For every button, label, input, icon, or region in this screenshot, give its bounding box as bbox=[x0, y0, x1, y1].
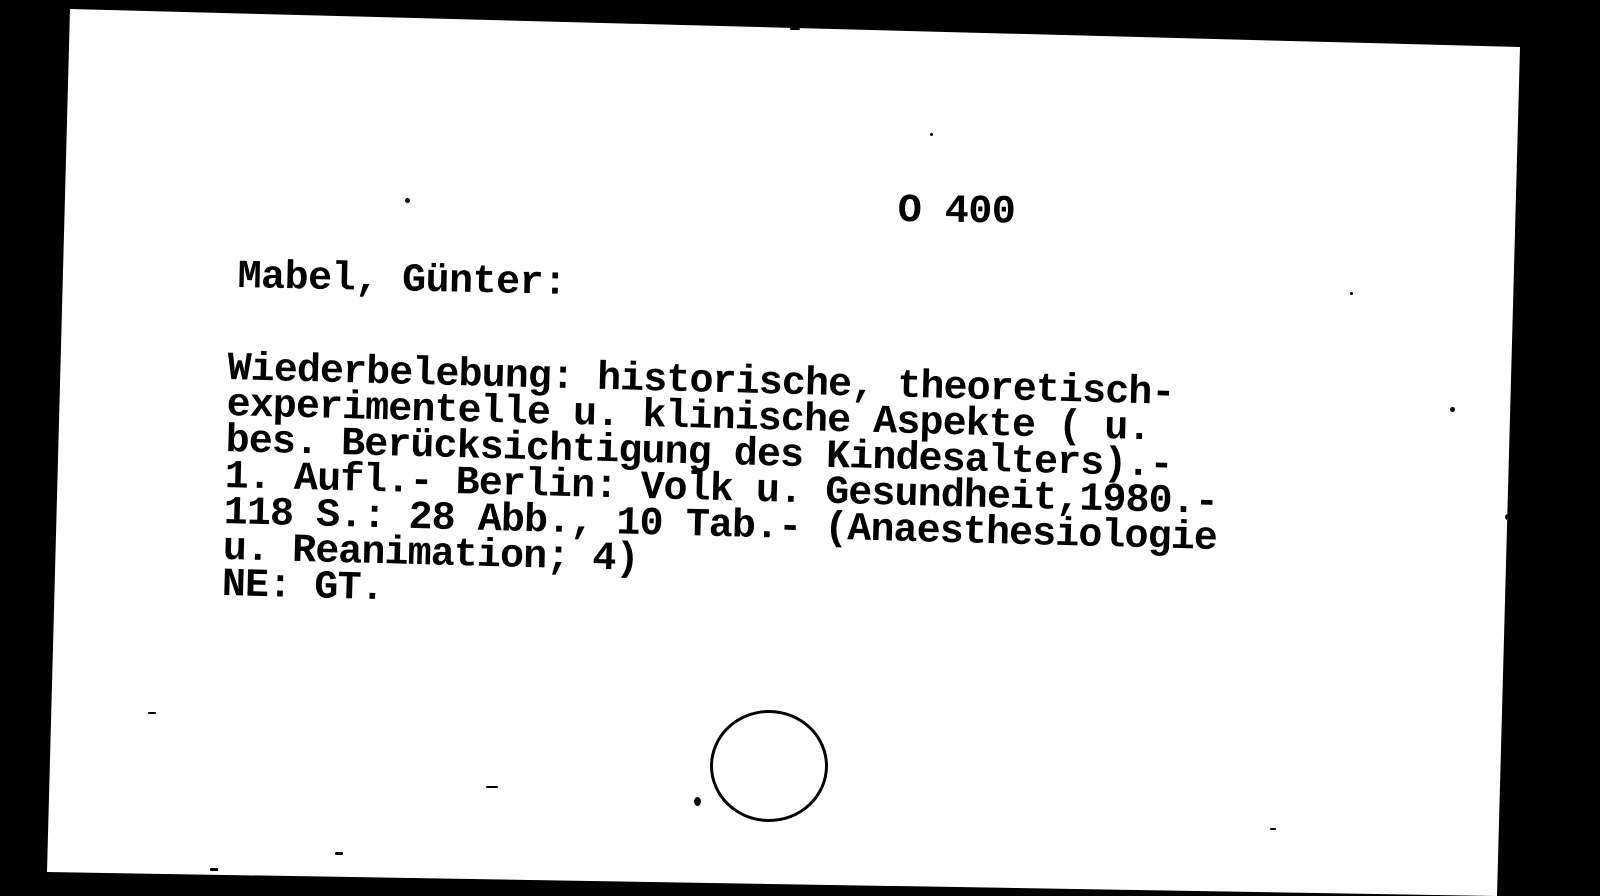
shelfmark: O 400 bbox=[897, 192, 1015, 234]
scanned-card-image: O 400 Mabel, Günter: Wiederbelebung: his… bbox=[0, 0, 1600, 896]
scan-speck bbox=[694, 797, 701, 806]
circle-stamp-icon bbox=[710, 710, 828, 822]
scan-speck bbox=[1450, 407, 1455, 412]
scan-speck bbox=[210, 868, 218, 871]
scan-speck bbox=[405, 198, 410, 203]
scan-speck bbox=[335, 852, 343, 855]
scan-speck bbox=[790, 28, 800, 30]
scan-speck bbox=[486, 786, 498, 788]
scan-speck bbox=[930, 133, 933, 136]
scan-speck bbox=[1270, 828, 1276, 830]
scan-speck bbox=[1350, 292, 1353, 295]
author-heading: Mabel, Günter: bbox=[237, 258, 567, 305]
scan-speck bbox=[148, 712, 156, 714]
bibliographic-description: Wiederbelebung: historische, theoretisch… bbox=[221, 352, 1221, 630]
catalog-card: O 400 Mabel, Günter: Wiederbelebung: his… bbox=[0, 0, 1600, 896]
scan-speck bbox=[1505, 514, 1511, 520]
